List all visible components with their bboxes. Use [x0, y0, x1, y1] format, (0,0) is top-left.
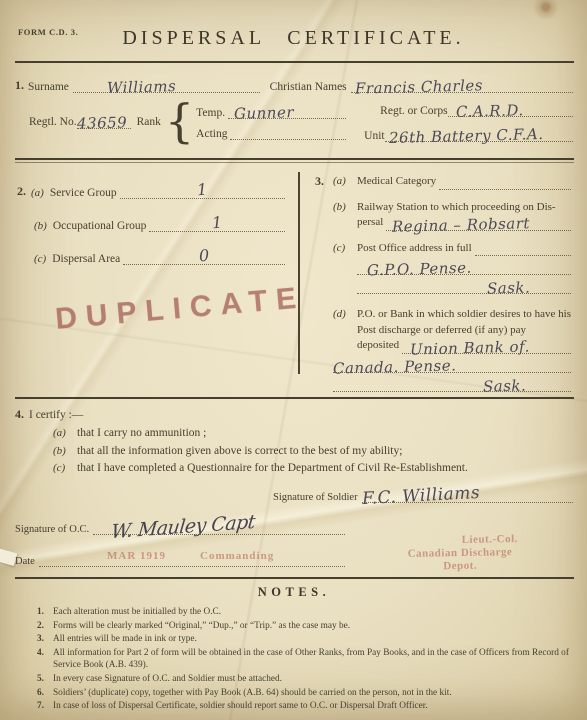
certify-c-prefix: (c) — [53, 460, 77, 478]
rank-temp-field: Gunner — [228, 104, 346, 119]
section3-number: 3. — [315, 174, 324, 190]
oc-signature-field: W. Mauley Capt — [93, 518, 345, 535]
depot-stamp-line3: Depot. — [365, 558, 555, 574]
soldier-signature-field: F.C. Williams — [362, 488, 573, 503]
section3-item-d-prefix: (d) — [333, 307, 346, 323]
railway-station-label-line2: persal — [357, 215, 383, 231]
surname-label: Surname — [28, 81, 69, 93]
rank-acting-label: Acting — [196, 128, 227, 140]
oc-signature-value: W. Mauley Capt — [110, 513, 256, 542]
post-office-label: Post Office address in full — [357, 241, 472, 257]
soldier-signature-label: Signature of Soldier — [273, 492, 358, 503]
section2-item-a-prefix: (a) — [31, 187, 44, 199]
service-group-label: Service Group — [50, 187, 117, 199]
signature-rule — [15, 577, 574, 579]
railway-station-field: Regina – Robsart — [386, 216, 571, 231]
medical-category-label: Medical Category — [357, 174, 436, 190]
corps-value: C.A.R.D. — [455, 103, 523, 120]
section3-rule — [15, 397, 574, 399]
rank-label: Rank — [137, 116, 161, 128]
certify-b-prefix: (b) — [53, 443, 77, 461]
rank-acting-field — [230, 125, 346, 140]
page-title: DISPERSAL CERTIFICATE. — [0, 27, 587, 50]
note-7-number: 7. — [37, 700, 53, 712]
soldier-signature-value: F.C. Williams — [361, 485, 480, 508]
bank-deposit-label-deposited: deposited — [357, 338, 399, 354]
note-3-number: 3. — [37, 633, 53, 645]
section4-number: 4. — [15, 407, 24, 422]
certify-heading: I certify :— — [29, 409, 83, 421]
section-2-groups: 2. (a) Service Group 1 (b) Occupational … — [17, 180, 285, 279]
regtl-no-label: Regtl. No. — [29, 116, 77, 128]
section2-number: 2. — [17, 184, 26, 199]
date-label: Date — [15, 556, 35, 567]
commanding-stamp: Commanding — [200, 550, 274, 562]
bank-deposit-field: Union Bank of. — [402, 339, 571, 354]
section2-item-b-prefix: (b) — [34, 220, 47, 232]
section3-item-a-prefix: (a) — [333, 174, 346, 190]
note-4-text: All information for Part 2 of form will … — [53, 647, 569, 671]
oc-signature-label: Signature of O.C. — [15, 524, 89, 535]
discharge-depot-stamp: Lieut.-Col. Canadian Discharge Depot. — [365, 532, 556, 574]
note-3-text: All entries will be made in ink or type. — [53, 633, 197, 645]
bank-deposit-label: P.O. or Bank in which soldier desires to… — [357, 307, 571, 338]
service-group-value: 1 — [196, 182, 208, 199]
railway-station-label-line1: Railway Station to which proceeding on D… — [357, 200, 571, 216]
surname-field: Williams — [73, 78, 260, 93]
christian-names-field: Francis Charles — [351, 78, 573, 93]
occupational-group-label: Occupational Group — [53, 220, 147, 232]
notes-section: NOTES. 1.Each alteration must be initial… — [15, 585, 573, 714]
note-4-number: 4. — [37, 647, 53, 671]
date-stamp: MAR 1919 Commanding — [107, 550, 274, 562]
section3-item-c-prefix: (c) — [333, 241, 345, 257]
rank-temp-label: Temp. — [196, 107, 225, 119]
dispersal-area-field: 0 — [123, 248, 285, 265]
railway-station-value: Regina – Robsart — [392, 216, 530, 235]
date-stamp-value: MAR 1919 — [107, 550, 166, 562]
dispersal-area-label: Dispersal Area — [52, 253, 120, 265]
dispersal-certificate-document: Form C.D. 3. DISPERSAL CERTIFICATE. 1. S… — [0, 0, 587, 720]
note-1-text: Each alteration must be initialled by th… — [53, 606, 221, 618]
rank-temp-value: Gunner — [234, 105, 294, 122]
post-office-value-line2: Sask. — [487, 280, 531, 296]
regtl-no-value: 43659 — [76, 116, 127, 132]
unit-field: 26th Battery C.F.A. — [385, 127, 573, 142]
section-4-certification: 4. I certify :— (a) that I carry no ammu… — [15, 407, 573, 478]
note-5-number: 5. — [37, 673, 53, 685]
header-rule — [15, 61, 574, 63]
corps-field: C.A.R.D. — [448, 102, 573, 117]
christian-names-label: Christian Names — [270, 81, 347, 93]
dispersal-area-value: 0 — [198, 248, 210, 265]
bank-deposit-value-line2: Canada. Pense. — [333, 358, 457, 376]
surname-value: Williams — [107, 79, 177, 96]
service-group-field: 1 — [120, 182, 285, 199]
certify-b-text: that all the information given above is … — [77, 443, 402, 461]
section2-item-c-prefix: (c) — [34, 253, 46, 265]
certify-c-text: that I have completed a Questionnaire fo… — [77, 460, 468, 478]
note-2-text: Forms will be clearly marked “Original,”… — [53, 620, 350, 632]
corps-label: Regt. or Corps — [380, 105, 447, 117]
bank-deposit-line2: Canada. Pense. — [333, 354, 571, 373]
column-divider — [298, 172, 300, 374]
occupational-group-field: 1 — [149, 215, 285, 232]
post-office-field-rest — [475, 241, 571, 256]
certify-a-text: that I carry no ammunition ; — [77, 425, 206, 443]
occupational-group-value: 1 — [211, 215, 223, 232]
christian-names-value: Francis Charles — [354, 78, 482, 96]
note-6-number: 6. — [37, 687, 53, 699]
note-5-text: In every case Signature of O.C. and Sold… — [53, 673, 282, 685]
section1-rule — [15, 158, 574, 163]
bank-deposit-value-line3: Sask. — [483, 378, 527, 394]
regtl-no-field: 43659 — [77, 114, 131, 129]
bank-deposit-value-line1: Union Bank of. — [410, 339, 530, 357]
section-3-dispersal-details: 3. (a) Medical Category (b) Railway Stat… — [315, 174, 571, 399]
duplicate-stamp: DUPLICATE — [54, 281, 306, 337]
section3-item-b-prefix: (b) — [333, 200, 346, 216]
section-1-identity: 1. Surname Williams Christian Names Fran… — [15, 74, 573, 142]
note-7-text: In case of loss of Dispersal Certificate… — [53, 700, 428, 712]
note-1-number: 1. — [37, 606, 53, 618]
rank-brace: { — [165, 101, 194, 142]
unit-value: 26th Battery C.F.A. — [388, 127, 543, 146]
certify-a-prefix: (a) — [53, 425, 77, 443]
unit-label: Unit — [364, 130, 384, 142]
medical-category-field — [439, 175, 571, 190]
signature-block: Signature of Soldier F.C. Williams Signa… — [15, 482, 573, 577]
note-6-text: Soldiers’ (duplicate) copy, together wit… — [53, 687, 452, 699]
notes-heading: NOTES. — [15, 585, 573, 600]
middle-columns: 2. (a) Service Group 1 (b) Occupational … — [15, 170, 573, 397]
section1-number: 1. — [15, 78, 24, 93]
note-2-number: 2. — [37, 620, 53, 632]
post-office-address-line1: G.P.O. Pense. — [357, 256, 571, 275]
post-office-value-line1: G.P.O. Pense. — [367, 261, 472, 279]
